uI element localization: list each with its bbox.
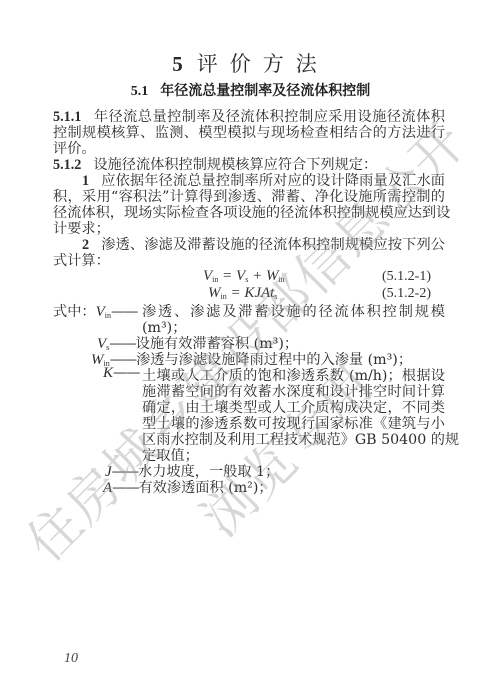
clause-number: 5.1.2 [53, 157, 81, 173]
item-text: 渗透、渗滤及滞蓄设施的径流体积控制规模应按下列公 [101, 237, 445, 253]
formula-5-1-2-1: Vin = Vs + Win [203, 268, 285, 285]
definition-k-symbol: K—— [103, 365, 139, 382]
item-2-line-1: 2渗透、渗滤及滞蓄设施的径流体积控制规模应按下列公 [82, 234, 445, 254]
chapter-title-text: 评价方法 [197, 52, 329, 76]
where-label-row: 式中：Vin—— [53, 301, 137, 321]
formula-lhs: W [208, 285, 221, 301]
page-number: 10 [64, 651, 78, 667]
formula-rhs: = KJAt [230, 285, 274, 301]
formula-rhs-sub: s [245, 275, 248, 284]
formula-lhs: V [203, 268, 212, 284]
where-label: 式中： [53, 304, 96, 320]
item-1-line-3: 径流体积，现场实际检查各项设施的径流体积控制规模应达到设 [53, 202, 445, 222]
dash: —— [111, 304, 137, 320]
formula-rhs-sub: s [274, 292, 277, 301]
chapter-title: 5评价方法 [0, 48, 501, 78]
definition-a: A——有效渗透面积 (m²)； [103, 477, 273, 497]
definition-text: 有效渗透面积 (m²)； [139, 480, 273, 496]
clause-5-1-1-line-2: 控制规模核算、监测、模型模拟与现场检查相结合的方法进行 [53, 122, 445, 142]
formula-lhs-sub: in [212, 275, 218, 284]
dash: —— [112, 480, 138, 496]
formula-lhs-sub: in [221, 292, 227, 301]
symbol: Vin [96, 304, 111, 320]
chapter-number: 5 [172, 52, 183, 76]
formula-rhs: = V [222, 268, 245, 284]
symbol: K [103, 365, 113, 381]
formula-5-1-2-2: Win = KJAts [208, 285, 277, 302]
equation-number-2: (5.1.2-2) [382, 286, 431, 302]
equation-number-1: (5.1.2-1) [382, 269, 431, 285]
section-number: 5.1 [131, 84, 149, 99]
symbol: A [103, 480, 112, 496]
definition-vin-line-1: 渗透、渗滤及滞蓄设施的径流体积控制规模 [142, 301, 445, 321]
formula-rhs2-sub: in [278, 275, 284, 284]
document-page: 5评价方法 5.1年径流总量控制率及径流体积控制 5.1.1年径流总量控制率及径… [0, 0, 501, 679]
section-title-text: 年径流总量控制率及径流体积控制 [160, 83, 370, 99]
section-title: 5.1年径流总量控制率及径流体积控制 [0, 80, 501, 100]
formula-rhs2: + W [252, 268, 278, 284]
dash: —— [113, 365, 139, 381]
item-2-line-2: 式计算： [53, 250, 110, 270]
